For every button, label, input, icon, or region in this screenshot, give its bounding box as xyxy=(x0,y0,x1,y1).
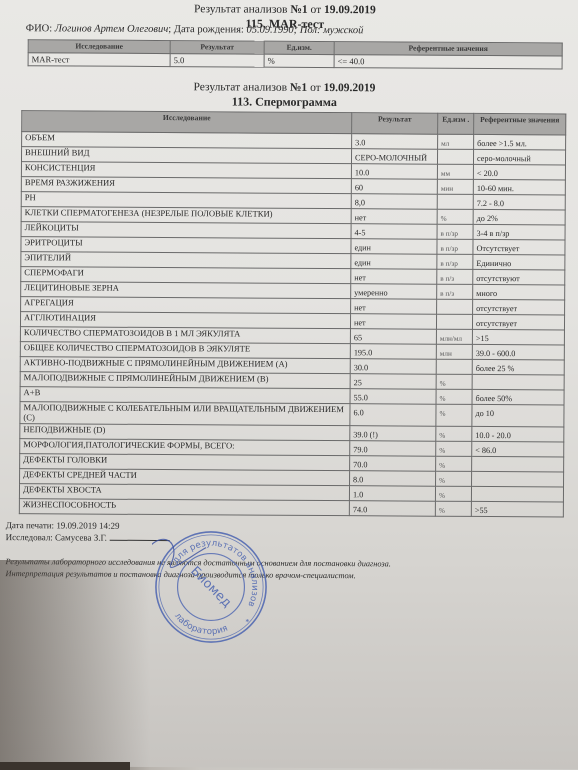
result-value: 74.0 xyxy=(349,501,435,517)
disclaimer-line-1: Результаты лабораторного исследования не… xyxy=(6,557,391,568)
reference-value: серо-молочный xyxy=(473,149,565,165)
signature-line xyxy=(109,540,169,541)
unit-value: в п/з xyxy=(437,269,473,284)
unit-value: мл xyxy=(438,134,474,149)
title-prefix: Результат анализов xyxy=(194,81,288,94)
result-value: нет xyxy=(351,209,437,225)
unit-value: % xyxy=(436,374,472,389)
reference-value xyxy=(472,471,564,487)
unit-value: % xyxy=(264,54,334,67)
unit-value: мин xyxy=(437,179,473,194)
result-value: 6.0 xyxy=(350,404,436,427)
col-result: Результат xyxy=(352,113,438,135)
examined-by-text: Исследовал: Самусева З.Г. xyxy=(6,532,107,543)
unit-value: в п/зр xyxy=(437,254,473,269)
result-value: 79.0 xyxy=(350,441,436,457)
unit-value: в п/зр xyxy=(437,239,473,254)
reference-value: отсутствуют xyxy=(473,269,565,285)
unit-value: % xyxy=(437,209,473,224)
reference-value: более 25 % xyxy=(472,359,564,375)
result-value: 10.0 xyxy=(351,164,437,180)
result-value: 4-5 xyxy=(351,224,437,240)
result-value: нет xyxy=(350,314,436,330)
examined-by: Исследовал: Самусева З.Г. xyxy=(6,532,170,543)
unit-value xyxy=(437,194,473,209)
unit-value: % xyxy=(436,471,472,486)
unit-value: % xyxy=(435,501,471,516)
patient-dob: 05.09.1990 xyxy=(246,25,293,36)
reference-value: более >1.5 мл. xyxy=(474,134,566,150)
result-value: 3.0 xyxy=(352,134,438,150)
col-result: Результат xyxy=(170,41,264,55)
mar-table: Исследование Результат Ед.изм. Референтн… xyxy=(28,39,563,69)
reference-value: отсутствует xyxy=(472,314,564,330)
unit-value xyxy=(437,299,473,314)
reference-value: до 2% xyxy=(473,209,565,225)
study-name: Малоподвижные с колебательным или вращат… xyxy=(20,402,350,426)
reference-value xyxy=(472,374,564,390)
result-value: 70.0 xyxy=(350,456,436,472)
reference-value: 10.0 - 20.0 xyxy=(472,426,564,442)
unit-value: % xyxy=(435,486,471,501)
result-value: нет xyxy=(351,269,437,285)
result-value: умеренно xyxy=(351,284,437,300)
result-value: един xyxy=(351,239,437,255)
reference-value: отсутствует xyxy=(473,299,565,315)
disclaimer-line-2: Интерпретация результатов и постановка д… xyxy=(5,569,355,580)
patient-sex: мужской xyxy=(323,25,363,36)
reference-value: >15 xyxy=(472,329,564,345)
unit-value: % xyxy=(436,456,472,471)
reference-value xyxy=(472,456,564,472)
result-value: 39.0 (!) xyxy=(350,426,436,442)
reference-value: до 10 xyxy=(472,404,564,427)
title-date: 19.09.2019 xyxy=(324,82,376,94)
result-value: един xyxy=(351,254,437,270)
patient-name: Логинов Артем Олегович xyxy=(55,23,169,35)
reference-value: более 50% xyxy=(472,389,564,405)
result-value: 5.0 xyxy=(170,54,264,68)
unit-value: % xyxy=(436,389,472,404)
table-row: MAR-тест5.0%<= 40.0 xyxy=(28,53,562,69)
col-study: Исследование xyxy=(22,111,352,134)
result-value: 1.0 xyxy=(349,486,435,502)
col-unit: Ед.изм . xyxy=(438,113,474,134)
result-value: 195.0 xyxy=(350,344,436,360)
reference-value: 10-60 мин. xyxy=(473,179,565,195)
reference-value: Единично xyxy=(473,254,565,270)
unit-value xyxy=(436,359,472,374)
table-row: Жизнеспособность74.0%>55 xyxy=(19,499,563,517)
study-name: MAR-тест xyxy=(28,53,170,67)
reference-value: Отсутствует xyxy=(473,239,565,255)
reference-value: < 20.0 xyxy=(473,164,565,180)
result-value: 25 xyxy=(350,374,436,390)
unit-value: млн xyxy=(436,344,472,359)
sex-label: ; Пол: xyxy=(294,25,321,36)
reference-value: 7.2 - 8.0 xyxy=(473,194,565,210)
result-value: нет xyxy=(351,299,437,315)
unit-value: в п/з xyxy=(437,284,473,299)
dob-label: ; Дата рождения: xyxy=(168,24,244,35)
spermogram-subtitle: 113. Спермограмма xyxy=(0,93,573,112)
reference-value: много xyxy=(473,284,565,300)
result-value: 60 xyxy=(351,179,437,195)
unit-value: в п/зр xyxy=(437,224,473,239)
reference-value: 39.0 - 600.0 xyxy=(472,344,564,360)
result-value: 55.0 xyxy=(350,389,436,405)
title-from: от xyxy=(311,4,322,16)
col-unit: Ед.изм. xyxy=(264,41,334,54)
paper-sheet: Результат анализов №1 от 19.09.2019 115.… xyxy=(0,0,578,770)
unit-value xyxy=(437,149,473,164)
reference-value: <= 40.0 xyxy=(334,55,562,69)
reference-value: >55 xyxy=(471,501,563,517)
unit-value: мм xyxy=(437,164,473,179)
unit-value: % xyxy=(436,426,472,441)
col-reference: Референтные значения xyxy=(474,113,566,135)
title-number: №1 xyxy=(290,4,307,16)
print-date: Дата печати: 19.09.2019 14:29 xyxy=(6,520,120,531)
result-value: 65 xyxy=(350,329,436,345)
study-name: Жизнеспособность xyxy=(19,499,349,516)
title-number: №1 xyxy=(290,82,307,94)
unit-value xyxy=(436,314,472,329)
title-from: от xyxy=(310,82,321,94)
result-value: 8.0 xyxy=(350,471,436,487)
patient-info: ФИО: Логинов Артем Олегович; Дата рожден… xyxy=(26,23,364,36)
unit-value: % xyxy=(436,441,472,456)
col-study: Исследование xyxy=(28,40,170,54)
result-value: СЕРО-МОЛОЧНЫЙ xyxy=(351,149,437,165)
title-prefix: Результат анализов xyxy=(194,3,288,16)
result-value: 30.0 xyxy=(350,359,436,375)
unit-value: % xyxy=(436,404,472,426)
reference-value: 3-4 в п/зр xyxy=(473,224,565,240)
fio-label: ФИО: xyxy=(26,23,52,34)
unit-value: млн/мл xyxy=(436,329,472,344)
reference-value: < 86.0 xyxy=(472,441,564,457)
reference-value xyxy=(471,486,563,502)
spermogram-table: Исследование Результат Ед.изм . Референт… xyxy=(19,110,566,517)
table-edge xyxy=(0,762,130,770)
result-value: 8,0 xyxy=(351,194,437,210)
title-date: 19.09.2019 xyxy=(324,4,376,16)
